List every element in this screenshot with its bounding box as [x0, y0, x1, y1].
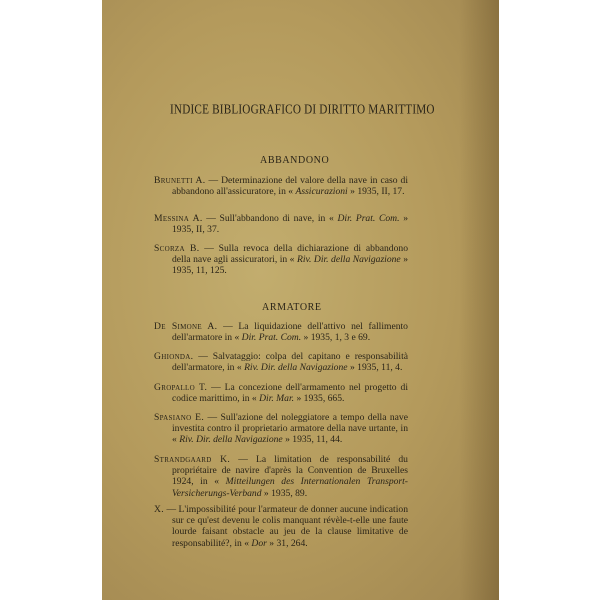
bib-entry: Spasiano E. — Sull'azione del noleggiato…: [154, 412, 408, 446]
entry-author: Brunetti A.: [154, 175, 205, 186]
entry-author: Ghionda.: [154, 351, 193, 362]
bib-entry: Ghionda. — Salvataggio: colpa del capita…: [154, 351, 408, 373]
entry-journal: Riv. Dir. della Navigazione: [297, 254, 401, 265]
entry-journal: Riv. Dir. della Navigazione: [244, 362, 347, 373]
section-heading-abbandono: ABBANDONO: [260, 155, 600, 166]
entry-author: Messina A.: [154, 213, 203, 224]
book-page: INDICE BIBLIOGRAFICO DI DIRITTO MARITTIM…: [102, 0, 499, 600]
entry-journal: Dor: [251, 538, 266, 549]
entry-author: Strandgaard K.: [154, 454, 230, 465]
bib-entry: Messina A. — Sull'abbandono di nave, in …: [154, 213, 408, 235]
entry-author: X.: [154, 504, 164, 515]
entry-author: De Simone A.: [154, 321, 217, 332]
bib-entry: Gropallo T. — La concezione dell'armamen…: [154, 382, 408, 404]
bib-entry: Brunetti A. — Determinazione del valore …: [154, 175, 408, 197]
bib-entry: X. — L'impossibilité pour l'armateur de …: [154, 504, 408, 549]
entry-journal: Assicurazioni: [295, 186, 347, 197]
bib-entry: Strandgaard K. — La limitation de respon…: [154, 454, 408, 499]
page-title: INDICE BIBLIOGRAFICO DI DIRITTO MARITTIM…: [170, 102, 450, 117]
entry-author: Spasiano E.: [154, 412, 204, 423]
bib-entry: Scorza B. — Sulla revoca della dichiaraz…: [154, 243, 408, 277]
entry-journal: Dir. Prat. Com.: [337, 213, 399, 224]
section-heading-armatore: ARMATORE: [262, 302, 600, 313]
entry-journal: Dir. Prat. Com.: [242, 332, 301, 343]
entry-journal: Riv. Dir. della Navigazione: [179, 434, 282, 445]
entry-author: Scorza B.: [154, 243, 199, 254]
entry-author: Gropallo T.: [154, 382, 207, 393]
entry-journal: Dir. Mar.: [259, 393, 294, 404]
bib-entry: De Simone A. — La liquidazione dell'atti…: [154, 321, 408, 343]
